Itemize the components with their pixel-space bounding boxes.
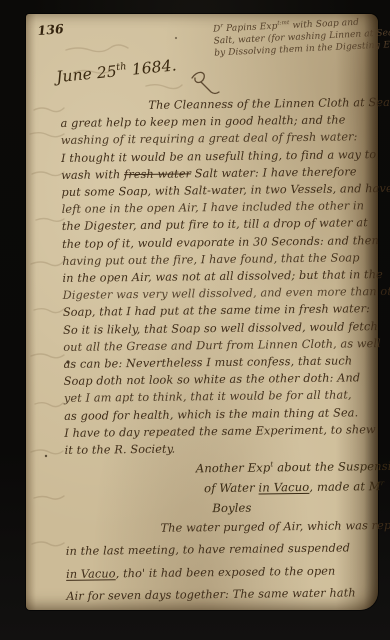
subheading-line-2: of Water in Vacuo, made at Mr bbox=[204, 476, 390, 498]
manuscript-page: 136 Dr Papins Expt:mt with Soap and Salt… bbox=[26, 14, 378, 610]
entry-soap-experiment: The Cleanness of the Linnen Cloth at Sea… bbox=[60, 93, 390, 459]
subheading-line-1: Another Expt about the Suspension bbox=[196, 456, 390, 479]
subheading-vacuo-experiment: Another Expt about the Suspension of Wat… bbox=[196, 456, 390, 519]
underlined-text: in Vacuo bbox=[66, 567, 116, 581]
entry-water-in-vacuo: The water purged of Air, which was repor… bbox=[65, 515, 390, 609]
handwriting-layer: 136 Dr Papins Expt:mt with Soap and Salt… bbox=[25, 10, 384, 610]
struck-text: fresh water bbox=[124, 167, 191, 181]
entry-title: Dr Papins Expt:mt with Soap and Salt, wa… bbox=[213, 14, 390, 59]
photo-backdrop: { "colors": { "backdrop": "#0a0908", "pa… bbox=[0, 0, 390, 640]
manuscript-line: in the last meeting, to have remained su… bbox=[66, 537, 390, 564]
page-number: 136 bbox=[37, 21, 65, 38]
manuscript-line: Air for seven days together: The same wa… bbox=[66, 582, 390, 609]
entry-date: June 25th 1684. bbox=[55, 56, 177, 86]
underlined-text: in Vacuo bbox=[258, 480, 309, 495]
